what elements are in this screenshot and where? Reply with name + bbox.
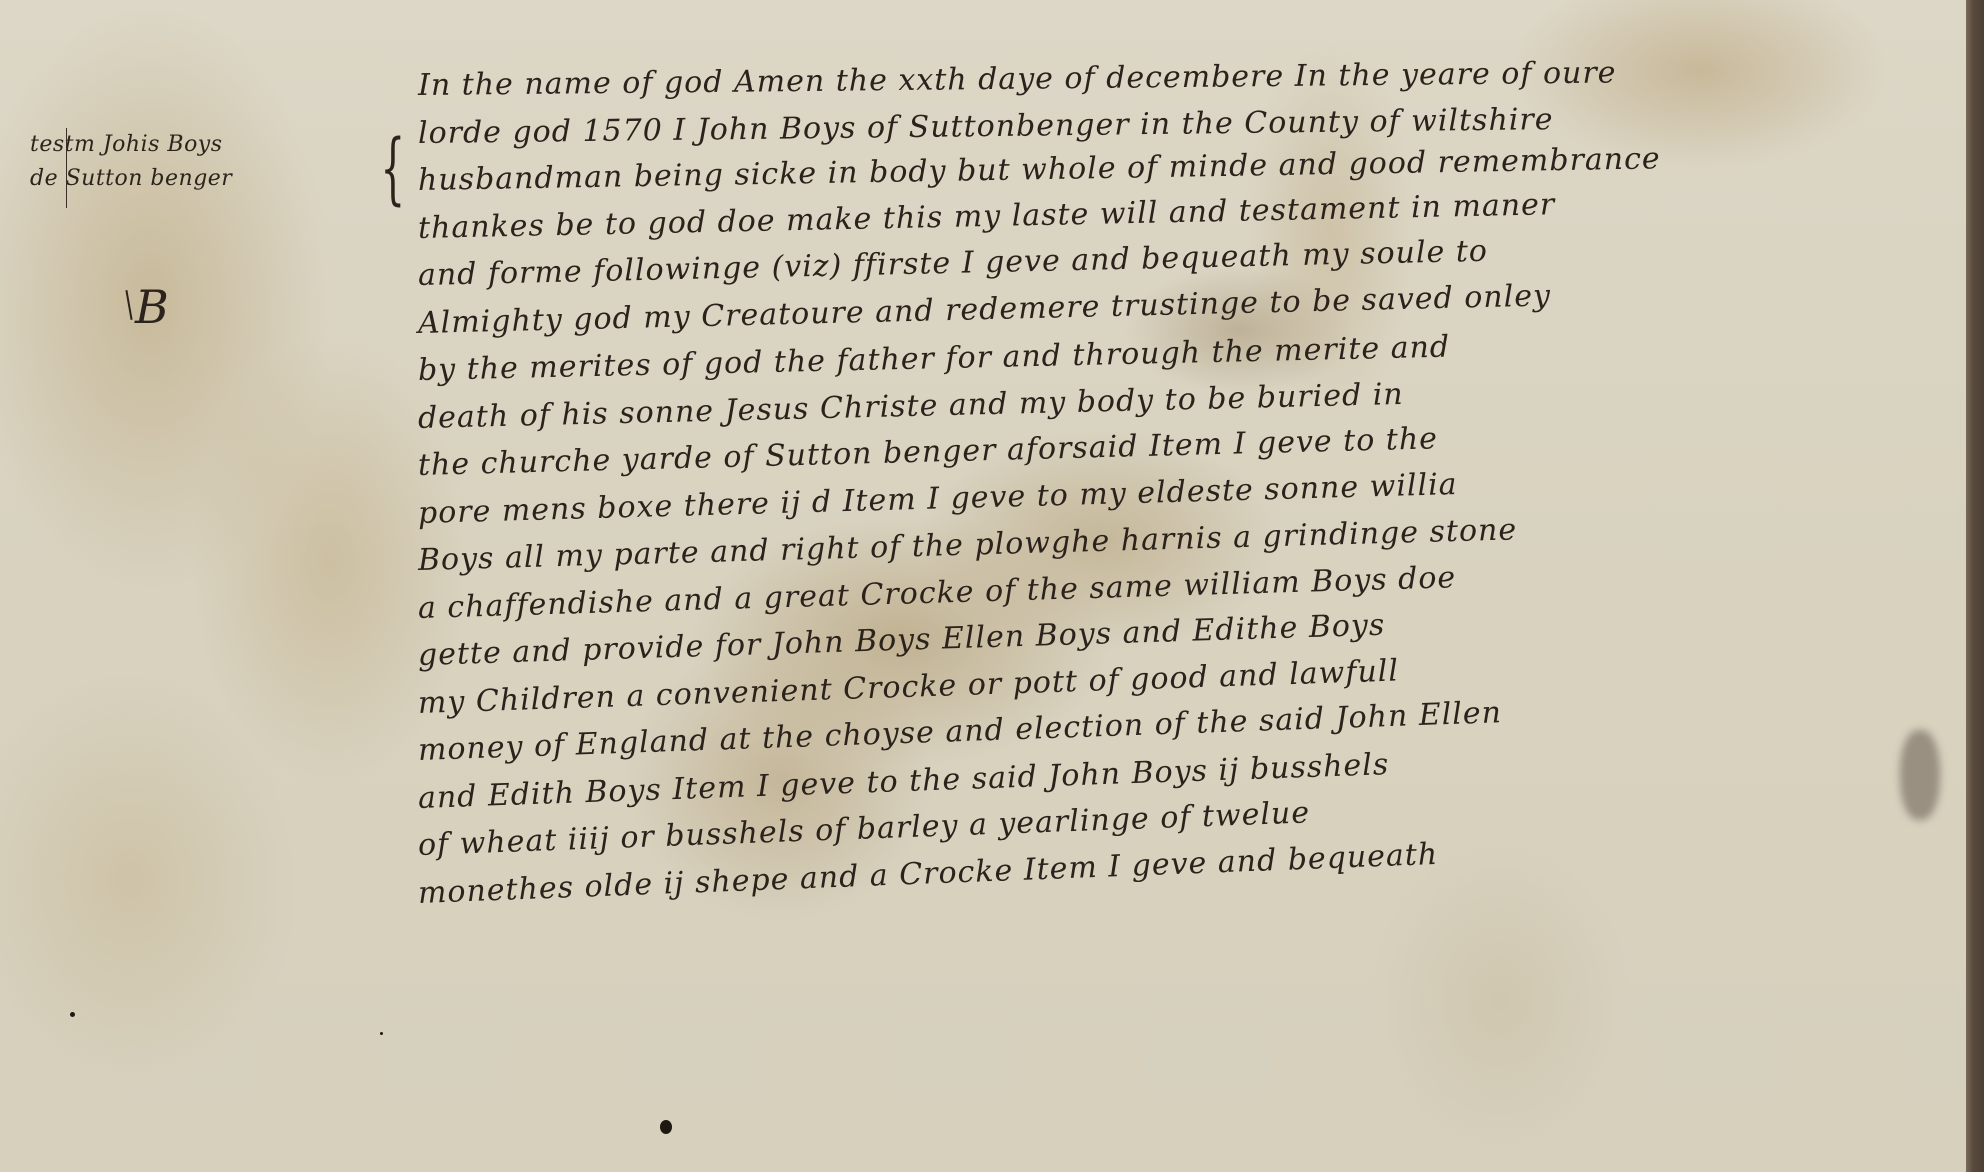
margin-note: testm Johis Boys de Sutton benger [30, 128, 360, 196]
folio-tick-mark [125, 290, 132, 320]
folio-mark: B [135, 280, 169, 334]
will-text-block: In the name of god Amen the xxth daye of… [418, 62, 1938, 917]
ink-blot [660, 1120, 672, 1134]
brace-mark: { [380, 130, 405, 208]
margin-note-line-1: testm Johis Boys [30, 128, 360, 162]
binding-gutter [1966, 0, 1984, 1172]
margin-note-line-2: de Sutton benger [30, 162, 360, 196]
ink-speck [380, 1032, 383, 1035]
ink-speck [70, 1012, 75, 1017]
stain-blot [1900, 730, 1940, 820]
margin-note-rule [66, 128, 67, 208]
manuscript-page: testm Johis Boys de Sutton benger { B In… [0, 0, 1984, 1172]
